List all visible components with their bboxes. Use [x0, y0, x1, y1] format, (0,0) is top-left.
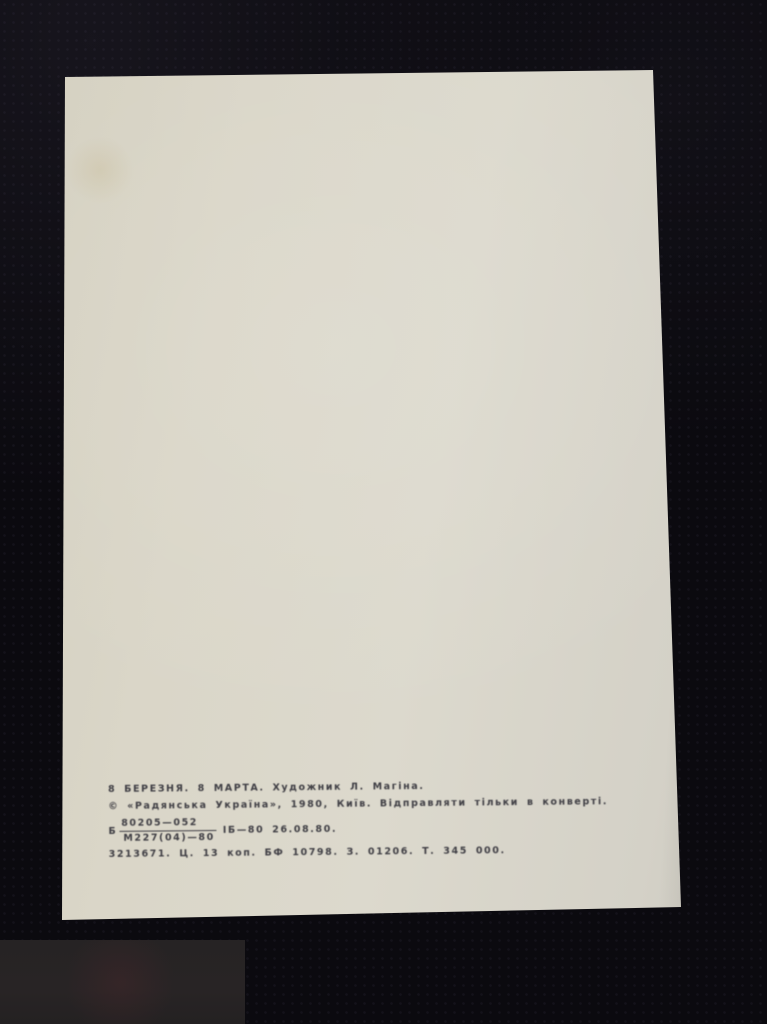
table-surface-corner: [0, 940, 245, 1024]
photo-of-postcard-back: 8 БЕРЕЗНЯ. 8 МАРТА. Художник Л. Магіна. …: [0, 0, 767, 1024]
imprint-print-run-line: 3213671. Ц. 13 коп. БФ 10798. З. 01206. …: [109, 844, 649, 861]
catalog-code-fraction: 80205—052 М227(04)—80: [119, 817, 217, 845]
catalog-code-suffix: ІБ—80 26.08.80.: [223, 824, 337, 836]
imprint-catalog-code: Б 80205—052 М227(04)—80 ІБ—80 26.08.80.: [108, 813, 648, 845]
imprint-title-line: 8 БЕРЕЗНЯ. 8 МАРТА. Художник Л. Магіна.: [108, 779, 648, 796]
imprint-publisher-line: © «Радянська Україна», 1980, Київ. Відпр…: [108, 796, 648, 813]
postcard-imprint: 8 БЕРЕЗНЯ. 8 МАРТА. Художник Л. Магіна. …: [108, 779, 649, 866]
catalog-code-denominator: М227(04)—80: [119, 831, 217, 845]
postcard-back: 8 БЕРЕЗНЯ. 8 МАРТА. Художник Л. Магіна. …: [0, 0, 767, 1024]
catalog-code-prefix: Б: [108, 826, 117, 837]
catalog-code-numerator: 80205—052: [119, 817, 217, 832]
